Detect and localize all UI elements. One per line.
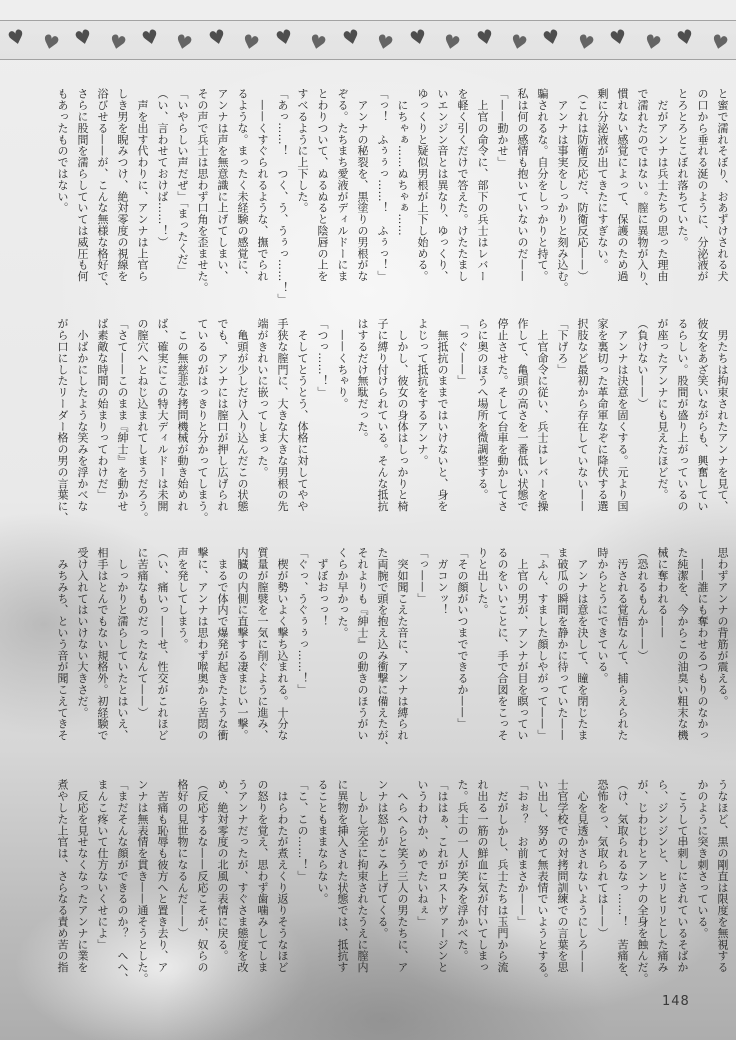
text-column: 苦痛も恥辱も彼方へと置き去り、ア xyxy=(152,779,172,1007)
text-column: うアンナだったが、すぐさま態度を改 xyxy=(232,779,252,1007)
text-column: （反応するな——反応こそが、奴らの xyxy=(192,779,212,1007)
text-column: 上官の命令に、部下の兵士はレバー xyxy=(472,88,492,316)
text-column: その声で兵士は思わず口角を歪ませた。 xyxy=(192,88,212,316)
text-column: らに奥のほうへ場所を微調整する。 xyxy=(472,318,492,546)
heart-icon: ♥ xyxy=(307,32,328,55)
text-column: みちみち、という音が聞こえてきそ xyxy=(52,547,72,775)
text-column: （け、気取られるなっ……！ 苦痛を、 xyxy=(612,779,632,1007)
text-column: に異物を挿入された状態では、抵抗す xyxy=(332,779,352,1007)
text-column: が座ったアンナにも見えたほどだ。 xyxy=(652,318,672,546)
text-column: 「あっ……！ つく、う、うぅっ……！」 xyxy=(272,88,292,316)
text-column: 彼女をあざ笑いながらも、興奮してい xyxy=(692,318,712,546)
text-column: 思わずアンナの背筋が震える。 xyxy=(712,547,732,775)
text-column: それよりも『紳士』の動きのほうがい xyxy=(352,547,372,775)
text-column: だがアンナは兵士たちの思った理由 xyxy=(652,88,672,316)
text-column: 「ぐっ、うぐぅぅっ……！」 xyxy=(292,547,312,775)
text-column: 男たちは拘束されたアンナを見て、 xyxy=(712,318,732,546)
text-column: 「さて——このまま『紳士』を動かせ xyxy=(112,318,132,546)
text-column: で濡れたのではない。膣に異物が入り、 xyxy=(632,88,652,316)
text-column: がら口にしたリーダー格の男の言葉に、 xyxy=(52,318,72,546)
text-column: ま破瓜の瞬間を静かに待っていた—— xyxy=(552,547,572,775)
text-column: 「——動かせ」 xyxy=(492,88,512,316)
text-column: 剰に分泌液が出てきたにすぎない。 xyxy=(592,88,612,316)
text-column: だがしかし、兵士たちは玉門から流 xyxy=(492,779,512,1007)
text-column: め、絶対零度の北風の表情に戻る。 xyxy=(212,779,232,1007)
text-column: 上官命令に従い、兵士はレバーを操 xyxy=(532,318,552,546)
text-column: 「まだそんな顔ができるのか？ へへ、 xyxy=(112,779,132,1007)
heart-icon: ♥ xyxy=(6,27,27,50)
text-column: 手狭な膣門に、大きな大きな男根の先 xyxy=(272,318,292,546)
heart-icon: ♥ xyxy=(341,27,362,50)
heart-icon: ♥ xyxy=(73,27,94,50)
text-column: を軽く引くだけで答えた。けたたまし xyxy=(452,88,472,316)
text-column: た両腕で頭を抱え込み衝撃に備えたが、 xyxy=(372,547,392,775)
text-column: に苦痛なものだったなんて——） xyxy=(132,547,152,775)
text-column: とろとろとこぼれ落ちていた。 xyxy=(672,88,692,316)
text-column: た純潔を、今からこの油臭い粗末な機 xyxy=(672,547,692,775)
heart-icon: ♥ xyxy=(408,27,429,50)
text-column: ぞる。たちまち愛液がディルドーにま xyxy=(332,88,352,316)
text-column: 浴びせる——が、こんな無様な格好で、 xyxy=(92,88,112,316)
text-column: アンナは決意を固くする。元より国 xyxy=(612,318,632,546)
text-column: 慣れない感覚によって、保護のため過 xyxy=(612,88,632,316)
text-column: ば、確実にこの特大ディルドーは未開 xyxy=(152,318,172,546)
text-column: 声を出す代わりに、アンナは上官ら xyxy=(132,88,152,316)
text-column: 反応を見せなくなったアンナに業を xyxy=(72,779,92,1007)
text-column: 心を見透かされないようにしろ—— xyxy=(572,779,592,1007)
text-column: かのように突き刺さっている。 xyxy=(692,779,712,1007)
text-column: （い、言わせておけば……！） xyxy=(152,88,172,316)
text-column: ているのがはっきりと分かってしまう。 xyxy=(192,318,212,546)
text-column: アンナは意を決して、瞳を閉じたま xyxy=(572,547,592,775)
text-column: アンナは事実をしっかりと刻み込む。 xyxy=(552,88,572,316)
text-column: 楔が勢いよく撃ち込まれる。十分な xyxy=(272,547,292,775)
text-column: 家を裏切った革命軍なぞに降伏する選 xyxy=(592,318,612,546)
heart-icon: ♥ xyxy=(508,32,529,55)
text-column: ンナは無表情を貫き——通そうとした。 xyxy=(132,779,152,1007)
text-column: 「下げろ」 xyxy=(552,318,572,546)
text-column: まるで体内で爆発が起きたような衝 xyxy=(212,547,232,775)
text-column: ることもままならない。 xyxy=(312,779,332,1007)
text-column: ば素敵な時間の始まりってわけだ」 xyxy=(92,318,112,546)
text-column: 械に奪われる—— xyxy=(652,547,672,775)
text-column: いうわけか、めでたいねぇ」 xyxy=(412,779,432,1007)
book-page: ♥♥♥♥♥♥♥♥♥♥♥♥♥♥♥♥♥♥♥♥♥♥ と蜜で濡れそぼり、おあずけされる犬… xyxy=(0,0,736,1040)
text-column: るのをいいことに、手で合図をこっそ xyxy=(492,547,512,775)
text-column: 騙されるな。自分をしっかりと持て。 xyxy=(532,88,552,316)
text-band-2: 男たちは拘束されたアンナを見て、彼女をあざ笑いながらも、興奮しているらしい。股間… xyxy=(48,318,732,546)
text-column: ンナは怒りがこみ上げてくる。 xyxy=(372,779,392,1007)
text-column: 「ははぁ、これがロストヴァージンと xyxy=(432,779,452,1007)
text-column: はらわたが煮えくり返りそうなほど xyxy=(272,779,292,1007)
text-column: 時からとうにできている。 xyxy=(592,547,612,775)
text-column: 声を発してしまう。 xyxy=(172,547,192,775)
text-column: と蜜で濡れそぼり、おあずけされる犬 xyxy=(712,88,732,316)
heart-icon: ♥ xyxy=(675,27,696,50)
text-column: （恐れるもんか——） xyxy=(632,547,652,775)
heart-icon: ♥ xyxy=(40,32,61,55)
text-column: すべるように上下した。 xyxy=(292,88,312,316)
text-column: 撃に、アンナは思わず喉奥から苦悶の xyxy=(192,547,212,775)
text-column: の口から垂れる涎のように、分泌液が xyxy=(692,88,712,316)
text-column: さらに股間を濡らしていては威圧も何 xyxy=(72,88,92,316)
heart-icon: ♥ xyxy=(541,27,562,50)
text-column: 「その顔がいつまでできるか——」 xyxy=(452,547,472,775)
text-column: 受け入れてはいけない大きさだ。 xyxy=(72,547,92,775)
text-column: この無慈悲な拷問機械が動き始めれ xyxy=(172,318,192,546)
text-column: ——誰にも奪わせるつもりのなかっ xyxy=(692,547,712,775)
text-column: 汚される覚悟なんて、捕らえられた xyxy=(612,547,632,775)
text-column: 煮やした上官は、さらなる責め苦の指 xyxy=(52,779,72,1007)
text-column: ずぼおっっ！ xyxy=(312,547,332,775)
heart-icon: ♥ xyxy=(441,32,462,55)
text-column: 相手はとんでもない規格外。初経験で xyxy=(92,547,112,775)
text-column: ——くちゃり。 xyxy=(332,318,352,546)
text-column: そしてとうとう、体格に対してやや xyxy=(292,318,312,546)
text-column: アンナは声を無意識に上げてしまい、 xyxy=(212,88,232,316)
text-column: 端がきれいに嵌ってしまった。 xyxy=(252,318,272,546)
text-band-4: うなほど、黒の剛直は限度を無視するかのように突き刺さっている。 こうして串刺しに… xyxy=(48,779,732,1007)
text-column: 無抵抗のままではいけないと、身を xyxy=(432,318,452,546)
text-column: 「おぉ？ お前まさか——」 xyxy=(512,779,532,1007)
text-column: へらへらと笑う三人の男たちに、ア xyxy=(392,779,412,1007)
text-column: よじって抵抗をするアンナ。 xyxy=(412,318,432,546)
text-column: 「いやらしい声だぜ」「まったくだ」 xyxy=(172,88,192,316)
text-column: もあったものではない。 xyxy=(52,88,72,316)
text-column: しっかりと濡らしていたとはいえ、 xyxy=(112,547,132,775)
heart-icon: ♥ xyxy=(274,27,295,50)
text-column: 択肢など最初から存在していない—— xyxy=(572,318,592,546)
text-column: しき男を睨みつけ、絶対零度の視線を xyxy=(112,88,132,316)
text-column: 子に縛り付けられている。そんな抵抗 xyxy=(372,318,392,546)
heart-icon: ♥ xyxy=(240,32,261,55)
heart-icon: ♥ xyxy=(709,32,730,55)
text-column: とわりついて、ぬるぬると陰唇の上を xyxy=(312,88,332,316)
text-column: 「つっ……！」 xyxy=(312,318,332,546)
text-column: まんこ疼いて仕方ないくせによ」 xyxy=(92,779,112,1007)
text-column: の怒りを覚え、思わず歯噛みしてしま xyxy=(252,779,272,1007)
text-band-1: と蜜で濡れそぼり、おあずけされる犬の口から垂れる涎のように、分泌液がとろとろとこ… xyxy=(48,88,732,316)
text-column: しかし完全に拘束されたうえに膣内 xyxy=(352,779,372,1007)
text-column: いエンジン音とは異なり、ゆっくり、 xyxy=(432,88,452,316)
text-column: 「こ、この……！」 xyxy=(292,779,312,1007)
heart-icon: ♥ xyxy=(140,27,161,50)
text-column: にちゃぁ……ぬちゃぁ…… xyxy=(392,88,412,316)
text-column: の膣穴へとねじ込まれてしまうだろう。 xyxy=(132,318,152,546)
heart-icon: ♥ xyxy=(374,32,395,55)
heart-icon: ♥ xyxy=(608,27,629,50)
text-column: くらか早かった。 xyxy=(332,547,352,775)
text-column: た。兵士の一人が笑みを浮かべた。 xyxy=(452,779,472,1007)
text-column: るらしい。股間が盛り上がっているの xyxy=(672,318,692,546)
text-column: 停止させた。そして台車を動かしてさ xyxy=(492,318,512,546)
text-column: い出し、努めて無表情でいようとする。 xyxy=(532,779,552,1007)
text-column: アンナの秘裂を、黒塗りの男根がな xyxy=(352,88,372,316)
text-column: こうして串刺しにされているそばか xyxy=(672,779,692,1007)
text-column: 「っ——」 xyxy=(412,547,432,775)
text-column: 恐怖をっ、気取られては——） xyxy=(592,779,612,1007)
text-column: るような。まったく未経験の感覚に、 xyxy=(232,88,252,316)
text-column: 私は何の感情も抱いていないのだ—— xyxy=(512,88,532,316)
heart-icon: ♥ xyxy=(575,32,596,55)
text-column: 小ばかにしたような笑みを浮かべな xyxy=(72,318,92,546)
text-column: （これは防衛反応だ、防衛反応——） xyxy=(572,88,592,316)
text-column: 内臓の内側に直撃する凄まじい一撃。 xyxy=(232,547,252,775)
text-column: 作して、亀頭の高さを一番低い状態で xyxy=(512,318,532,546)
heart-icon: ♥ xyxy=(475,27,496,50)
text-column: はするだけ無駄だった。 xyxy=(352,318,372,546)
text-column: 亀頭が少しだけ入り込んだこの状態 xyxy=(232,318,252,546)
heart-ornament-border: ♥♥♥♥♥♥♥♥♥♥♥♥♥♥♥♥♥♥♥♥♥♥ xyxy=(0,20,736,60)
text-column: りと出した。 xyxy=(472,547,492,775)
text-column: でも、アンナには膣口が押し広げられ xyxy=(212,318,232,546)
page-number: 148 xyxy=(662,994,690,1009)
heart-icon: ♥ xyxy=(207,27,228,50)
text-column: ゆっくりと疑似男根が上下し始める。 xyxy=(412,88,432,316)
heart-icon: ♥ xyxy=(173,32,194,55)
text-column: （負けない——） xyxy=(632,318,652,546)
text-column: 士官学校での対拷問訓練での言葉を思 xyxy=(552,779,572,1007)
text-column: 質量が膣襞を一気に削ぐように進み、 xyxy=(252,547,272,775)
text-column: 「っぐ——」 xyxy=(452,318,472,546)
text-column: 格好の見世物になるんだ——） xyxy=(172,779,192,1007)
text-column: 「っ！ ふぅぅっ……！ ふぅっ！」 xyxy=(372,88,392,316)
text-column: 突如聞こえた音に、アンナは縛られ xyxy=(392,547,412,775)
text-column: ガコンッ！ xyxy=(432,547,452,775)
text-column: しかし、彼女の身体はしっかりと椅 xyxy=(392,318,412,546)
text-column: が、じわじわとアンナの全身を蝕んだ。 xyxy=(632,779,652,1007)
heart-icon: ♥ xyxy=(642,32,663,55)
text-column: 上官の男が、アンナが目を瞑ってい xyxy=(512,547,532,775)
text-column: れ出る一筋の鮮血に気が付いてしまっ xyxy=(472,779,492,1007)
text-band-3: 思わずアンナの背筋が震える。 ——誰にも奪わせるつもりのなかった純潔を、今からこ… xyxy=(48,547,732,775)
text-column: ——くすぐられるような、撫でられ xyxy=(252,88,272,316)
heart-icon: ♥ xyxy=(107,32,128,55)
text-column: 「ふん、すました顔しやがって——」 xyxy=(532,547,552,775)
text-column: うなほど、黒の剛直は限度を無視する xyxy=(712,779,732,1007)
text-column: ら、ジンジンと、ヒリヒリとした痛み xyxy=(652,779,672,1007)
text-column: （い、痛いっ——せ、性交がこれほど xyxy=(152,547,172,775)
